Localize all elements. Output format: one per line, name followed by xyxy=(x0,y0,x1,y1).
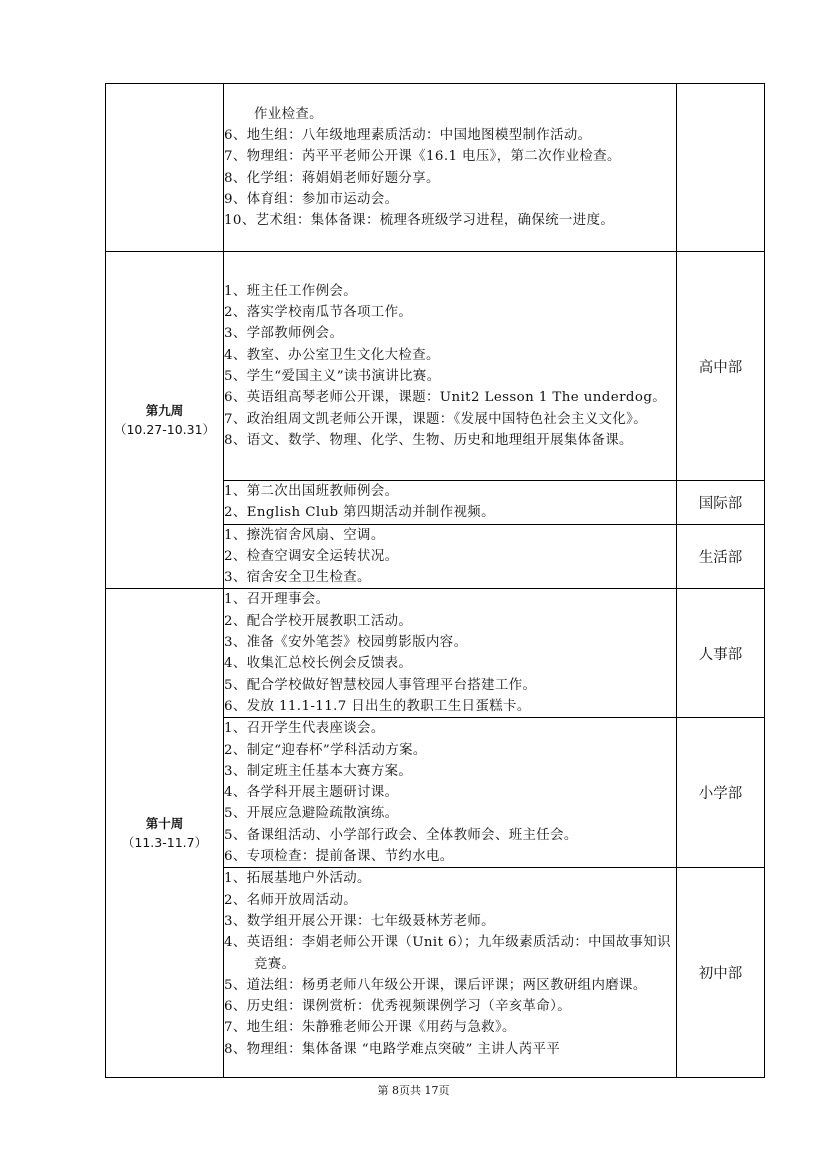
table-row: 第九周 （10.27-10.31） 1、班主任工作例会。 2、落实学校南瓜节各项… xyxy=(106,252,765,481)
list-item: 8、化学组：蒋娟娟老师好题分享。 xyxy=(224,168,676,189)
list-item: 5、备课组活动、小学部行政会、全体教师会、班主任会。 xyxy=(224,825,676,846)
list-item: 6、发放 11.1-11.7 日出生的教职工生日蛋糕卡。 xyxy=(224,696,676,717)
table-row: 作业检查。 6、地生组：八年级地理素质活动：中国地图模型制作活动。 7、物理组：… xyxy=(106,84,765,252)
list-item: 7、物理组：芮平平老师公开课《16.1 电压》，第二次作业检查。 xyxy=(224,146,676,167)
department-cell: 高中部 xyxy=(677,252,765,481)
list-item: 1、召开学生代表座谈会。 xyxy=(224,718,676,739)
list-item: 4、收集汇总校长例会反馈表。 xyxy=(224,653,676,674)
list-item: 2、English Club 第四期活动并制作视频。 xyxy=(224,502,676,523)
list-item: 6、地生组：八年级地理素质活动：中国地图模型制作活动。 xyxy=(224,125,676,146)
items-cell: 1、班主任工作例会。 2、落实学校南瓜节各项工作。 3、学部教师例会。 4、教室… xyxy=(224,252,677,481)
week-cell xyxy=(106,84,224,252)
list-item: 4、教室、办公室卫生文化大检查。 xyxy=(224,345,676,366)
schedule-table: 作业检查。 6、地生组：八年级地理素质活动：中国地图模型制作活动。 7、物理组：… xyxy=(105,83,765,1078)
department-cell: 生活部 xyxy=(677,524,765,589)
week-range: （11.3-11.7） xyxy=(106,833,223,852)
items-cell: 作业检查。 6、地生组：八年级地理素质活动：中国地图模型制作活动。 7、物理组：… xyxy=(224,84,677,252)
list-item: 5、开展应急避险疏散演练。 xyxy=(224,803,676,824)
department-cell xyxy=(677,84,765,252)
week-cell: 第九周 （10.27-10.31） xyxy=(106,252,224,589)
week-label: 第九周 xyxy=(106,401,223,420)
list-item: 9、体育组：参加市运动会。 xyxy=(224,189,676,210)
department-cell: 小学部 xyxy=(677,718,765,868)
table-row: 第十周 （11.3-11.7） 1、召开理事会。 2、配合学校开展教职工活动。 … xyxy=(106,589,765,718)
week-cell: 第十周 （11.3-11.7） xyxy=(106,589,224,1078)
items-cell: 1、拓展基地户外活动。 2、名师开放周活动。 3、数学组开展公开课：七年级聂林芳… xyxy=(224,868,677,1078)
list-item: 2、检查空调安全运转状况。 xyxy=(224,546,676,567)
page-number: 第 8页共 17页 xyxy=(0,1082,827,1098)
list-item: 1、第二次出国班教师例会。 xyxy=(224,481,676,502)
items-cell: 1、第二次出国班教师例会。 2、English Club 第四期活动并制作视频。 xyxy=(224,481,677,525)
items-cell: 1、召开学生代表座谈会。 2、制定“迎春杯”学科活动方案。 3、制定班主任基本大… xyxy=(224,718,677,868)
list-item: 2、名师开放周活动。 xyxy=(224,890,676,911)
week-range: （10.27-10.31） xyxy=(106,420,223,439)
list-item: 6、英语组高琴老师公开课，课题：Unit2 Lesson 1 The under… xyxy=(224,387,676,408)
list-item: 8、物理组：集体备课 “电路学难点突破” 主讲人芮平平 xyxy=(224,1039,676,1060)
list-item: 5、学生“爱国主义”读书演讲比赛。 xyxy=(224,366,676,387)
list-item: 2、配合学校开展教职工活动。 xyxy=(224,611,676,632)
list-item: 3、学部教师例会。 xyxy=(224,323,676,344)
list-item: 1、班主任工作例会。 xyxy=(224,281,676,302)
list-item: 4、各学科开展主题研讨课。 xyxy=(224,782,676,803)
department-cell: 初中部 xyxy=(677,868,765,1078)
list-item: 4、英语组：李娟老师公开课（Unit 6）；九年级素质活动：中国故事知识竞赛。 xyxy=(224,932,676,975)
list-item: 5、道法组：杨勇老师八年级公开课，课后评课；两区教研组内磨课。 xyxy=(224,975,676,996)
list-item: 8、语文、数学、物理、化学、生物、历史和地理组开展集体备课。 xyxy=(224,430,676,451)
list-item: 7、地生组：朱静雅老师公开课《用药与急救》。 xyxy=(224,1017,676,1038)
list-item: 2、制定“迎春杯”学科活动方案。 xyxy=(224,740,676,761)
list-item: 1、擦洗宿舍风扇、空调。 xyxy=(224,525,676,546)
list-item: 6、历史组：课例赏析：优秀视频课例学习（辛亥革命）。 xyxy=(224,996,676,1017)
items-cell: 1、召开理事会。 2、配合学校开展教职工活动。 3、准备《安外笔荟》校园剪影版内… xyxy=(224,589,677,718)
list-item: 1、拓展基地户外活动。 xyxy=(224,868,676,889)
list-item: 7、政治组周文凯老师公开课，课题：《发展中国特色社会主义文化》。 xyxy=(224,409,676,430)
department-cell: 人事部 xyxy=(677,589,765,718)
list-item: 5、配合学校做好智慧校园人事管理平台搭建工作。 xyxy=(224,675,676,696)
list-item: 10、艺术组：集体备课：梳理各班级学习进程，确保统一进度。 xyxy=(224,210,676,231)
list-item: 6、专项检查：提前备课、节约水电。 xyxy=(224,846,676,867)
list-item: 3、数学组开展公开课：七年级聂林芳老师。 xyxy=(224,911,676,932)
list-item: 3、制定班主任基本大赛方案。 xyxy=(224,761,676,782)
list-item: 2、落实学校南瓜节各项工作。 xyxy=(224,302,676,323)
list-item: 3、准备《安外笔荟》校园剪影版内容。 xyxy=(224,632,676,653)
list-item: 1、召开理事会。 xyxy=(224,589,676,610)
week-label: 第十周 xyxy=(106,814,223,833)
department-cell: 国际部 xyxy=(677,481,765,525)
items-cell: 1、擦洗宿舍风扇、空调。 2、检查空调安全运转状况。 3、宿舍安全卫生检查。 xyxy=(224,524,677,589)
list-item: 作业检查。 xyxy=(224,104,676,125)
list-item: 3、宿舍安全卫生检查。 xyxy=(224,567,676,588)
